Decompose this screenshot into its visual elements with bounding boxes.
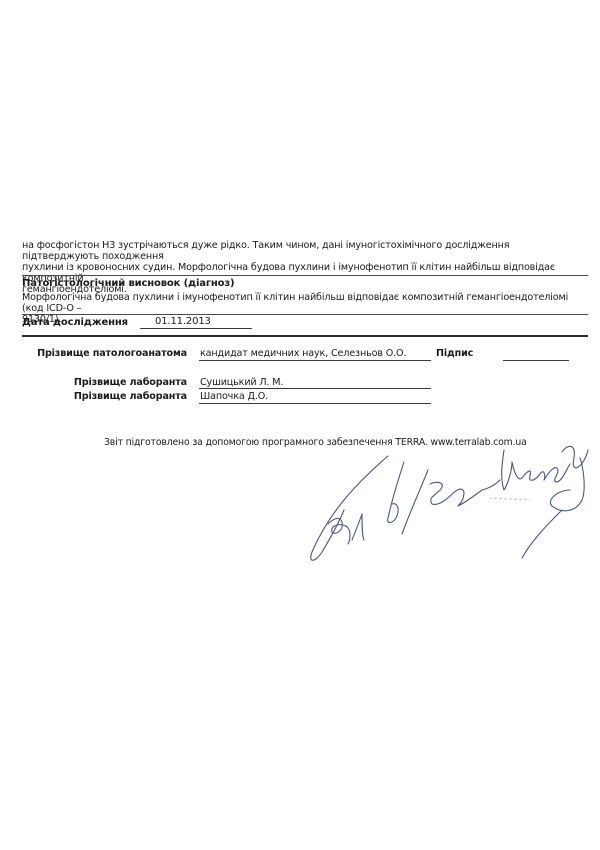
study-date-label: Дата дослідження <box>22 317 128 328</box>
study-date-value: 01.11.2013 <box>155 316 211 327</box>
lab-assistant-label: Прізвище лаборанта <box>22 377 187 388</box>
handwritten-signature-icon <box>300 440 590 580</box>
section-divider <box>22 314 588 315</box>
section-divider-thick <box>22 335 588 337</box>
signature-label: Підпис <box>436 348 473 359</box>
lab-assistant-underline <box>199 388 431 389</box>
diagnosis-line: Морфологічна будова пухлини і імунофенот… <box>22 292 588 314</box>
lab-assistant-name: Сушицький Л. М. <box>200 377 283 388</box>
study-date-underline <box>140 328 252 329</box>
lab-assistant-name: Шапочка Д.О. <box>200 391 268 402</box>
signature-underline <box>503 360 569 361</box>
lab-assistant-underline <box>199 403 431 404</box>
report-page: на фосфогістон Н3 зустрічаються дуже рід… <box>0 0 600 850</box>
pathologist-label: Прізвище патологоанатома <box>22 348 187 359</box>
section-divider <box>22 275 588 276</box>
pathologist-name: кандидат медичних наук, Селезньов О.О. <box>200 348 406 359</box>
paragraph-line: на фосфогістон Н3 зустрічаються дуже рід… <box>22 240 588 262</box>
pathologist-underline <box>199 360 431 361</box>
lab-assistant-label: Прізвище лаборанта <box>22 391 187 402</box>
diagnosis-heading: Патогістологічний висновок (діагноз) <box>22 278 588 290</box>
